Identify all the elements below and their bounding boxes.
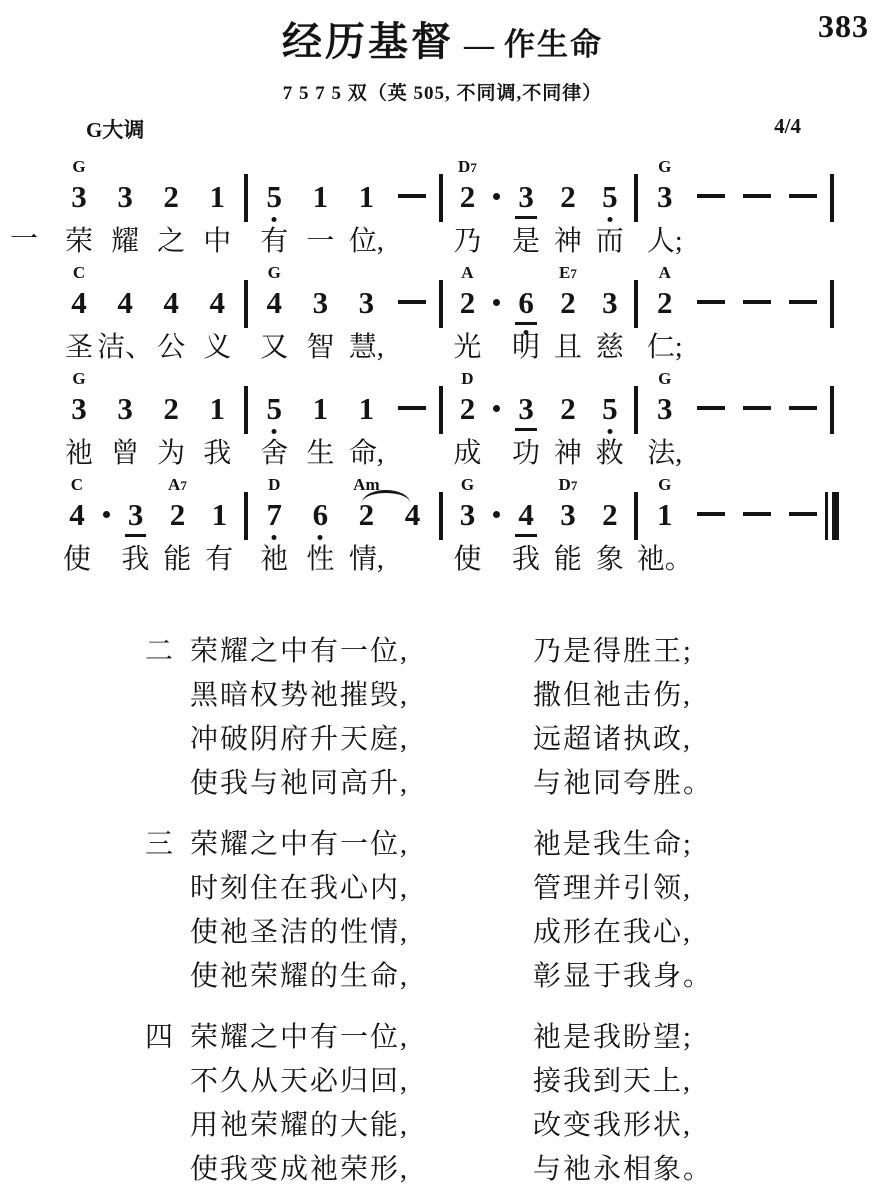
barline xyxy=(240,369,251,472)
hymn-title: 经历基督 — 作生命 xyxy=(0,10,885,67)
note: 2 xyxy=(170,496,186,541)
digit: 5 xyxy=(602,179,618,214)
chord-extension: 7 xyxy=(180,478,187,493)
chord-extension: 7 xyxy=(570,266,577,281)
verse: 三荣耀之中有一位,祂是我生命;时刻住在我心内,管理并引领,使祂圣洁的性情,成形在… xyxy=(145,823,885,999)
chord-root: A xyxy=(168,475,180,494)
duration-dash xyxy=(697,512,725,516)
digit: 2 xyxy=(560,391,576,426)
chord-root: G xyxy=(72,369,85,388)
music-system: C4圣4洁、4公4义G4又3智3慧,A2光6明E72且3慈A2仁; xyxy=(56,263,837,366)
lyric: 象 xyxy=(596,541,624,578)
note-digit: 5 xyxy=(602,178,618,216)
music-system: G3祂3曾2为1我5舍1生1命,D2成3功2神5救G3法, xyxy=(56,369,837,472)
bar-line xyxy=(830,174,834,222)
verse-text-right: 撒但祂击伤, xyxy=(533,674,692,718)
measure: C4使3我A72能1有 xyxy=(56,475,240,578)
note: 2 xyxy=(560,390,576,435)
lyric: 仁; xyxy=(647,329,683,366)
note: 3 xyxy=(602,284,618,329)
augmentation-dot-cell xyxy=(488,475,505,578)
lyric: 中 xyxy=(203,223,231,260)
note-digit: 1 xyxy=(657,496,673,534)
note xyxy=(493,496,500,541)
note-cell: 5救 xyxy=(589,369,631,472)
duration-dash xyxy=(743,194,771,198)
barline xyxy=(826,263,837,366)
chord-root: E xyxy=(559,263,570,282)
duration-dash-cell xyxy=(734,263,780,366)
digit: 3 xyxy=(359,285,375,320)
note-cell: G4又 xyxy=(251,263,297,366)
duration-dash-cell xyxy=(688,263,734,366)
verse-line: 二荣耀之中有一位,乃是得胜王; xyxy=(145,630,885,674)
note xyxy=(789,284,817,329)
lyric: 荣 xyxy=(65,223,93,260)
verse-text-right: 改变我形状, xyxy=(533,1104,692,1148)
note: 1 xyxy=(359,178,375,223)
note-cell: 2之 xyxy=(148,157,194,260)
note: 1 xyxy=(657,496,673,541)
chord-label: C xyxy=(71,475,83,496)
lyric: 救 xyxy=(596,435,624,472)
duration-dash xyxy=(789,406,817,410)
lyric: 义 xyxy=(203,329,231,366)
chord-root: D xyxy=(268,475,280,494)
duration-dash xyxy=(697,406,725,410)
note xyxy=(493,390,500,435)
verse-number xyxy=(145,1060,190,1104)
note-cell: 4义 xyxy=(194,263,240,366)
chord-extension: 7 xyxy=(470,160,477,175)
barline xyxy=(436,263,447,366)
note-digit: 3 xyxy=(117,178,133,216)
low-octave-dot xyxy=(272,429,277,434)
time-signature: 4/4 xyxy=(774,114,801,144)
note: 4 xyxy=(69,496,85,541)
verse-line: 用祂荣耀的大能,改变我形状, xyxy=(145,1104,885,1148)
low-octave-dot xyxy=(318,535,323,540)
note-cell: 2神 xyxy=(547,369,589,472)
chord-label: G xyxy=(658,157,671,178)
lyric: 我 xyxy=(512,541,540,578)
duration-dash-cell xyxy=(780,263,826,366)
verse: 四荣耀之中有一位,祂是我盼望;不久从天必归回,接我到天上,用祂荣耀的大能,改变我… xyxy=(145,1016,885,1192)
note: 5 xyxy=(602,178,618,223)
note: 1 xyxy=(209,390,225,435)
note-cell: 5有 xyxy=(251,157,297,260)
note-digit: 7 xyxy=(267,496,283,534)
measure: G4又3智3慧, xyxy=(251,263,435,366)
augmentation-dot-cell xyxy=(488,369,505,472)
barline xyxy=(436,157,447,260)
measure: G3人; xyxy=(642,157,826,260)
digit: 4 xyxy=(69,497,85,532)
note-cell: G3使 xyxy=(447,475,489,578)
duration-dash-cell xyxy=(734,475,780,578)
note-digit: 3 xyxy=(657,178,673,216)
chord-root: D xyxy=(458,157,470,176)
music-system: C4使3我A72能1有D7祂6性Am2情,4G3使4我D73能2象G1祂。 xyxy=(56,475,837,578)
note: 2 xyxy=(657,284,673,329)
note: 6 xyxy=(515,284,537,329)
lyric: 神 xyxy=(554,223,582,260)
verses: 二荣耀之中有一位,乃是得胜王;黑暗权势祂摧毁,撒但祂击伤,冲破阴府升天庭,远超诸… xyxy=(145,630,885,1192)
header: 383 经历基督 — 作生命 7 5 7 5 双（英 505, 不同调,不同律）… xyxy=(0,0,885,144)
chord-label: C xyxy=(73,263,85,284)
verse-number xyxy=(145,1104,190,1148)
verse-text-left: 荣耀之中有一位, xyxy=(190,823,533,867)
verse-line: 黑暗权势祂摧毁,撒但祂击伤, xyxy=(145,674,885,718)
verse-text-left: 荣耀之中有一位, xyxy=(190,1016,533,1060)
chord-root: G xyxy=(658,369,671,388)
digit: 2 xyxy=(560,179,576,214)
measure: A2光6明E72且3慈 xyxy=(447,263,631,366)
barline xyxy=(240,157,251,260)
lyric: 公 xyxy=(157,329,185,366)
chord-root: C xyxy=(71,475,83,494)
digit: 3 xyxy=(515,178,537,219)
note xyxy=(697,496,725,541)
augmentation-dot-cell xyxy=(98,475,115,578)
augmentation-dot xyxy=(493,511,500,518)
lyric: 耀 xyxy=(111,223,139,260)
note-digit: 3 xyxy=(313,284,329,322)
lyric: 圣 xyxy=(65,329,93,366)
digit: 4 xyxy=(267,285,283,320)
measure: G3祂3曾2为1我 xyxy=(56,369,240,472)
note: 3 xyxy=(71,390,87,435)
bar-line xyxy=(634,174,638,222)
lyric: 之 xyxy=(157,223,185,260)
digit: 2 xyxy=(602,497,618,532)
note: 3 xyxy=(560,496,576,541)
digit: 6 xyxy=(515,284,537,325)
barline xyxy=(826,157,837,260)
note-digit: 2 xyxy=(460,178,476,216)
note: 1 xyxy=(313,178,329,223)
chord-root: G xyxy=(268,263,281,282)
measure: 5舍1生1命, xyxy=(251,369,435,472)
verse-text-left: 时刻住在我心内, xyxy=(190,867,533,911)
measure: G3荣3耀2之1中 xyxy=(56,157,240,260)
lyric: 生 xyxy=(306,435,334,472)
note-digit: 4 xyxy=(515,496,537,537)
note xyxy=(103,496,110,541)
chord-label: E7 xyxy=(559,263,577,284)
bar-line xyxy=(439,386,443,434)
note xyxy=(789,178,817,223)
note: 3 xyxy=(359,284,375,329)
chord-root: A xyxy=(461,263,473,282)
lyric: 人; xyxy=(647,223,683,260)
note-cell: A2光 xyxy=(447,263,489,366)
note-digit: 3 xyxy=(515,178,537,219)
final-bar-pair xyxy=(825,492,839,540)
note-cell: G3荣 xyxy=(56,157,102,260)
note-digit: 6 xyxy=(515,284,537,325)
digit: 3 xyxy=(125,496,147,537)
verse-text-right: 接我到天上, xyxy=(533,1060,692,1104)
note-cell: C4圣 xyxy=(56,263,102,366)
final-barline xyxy=(826,475,837,578)
note: 5 xyxy=(267,178,283,223)
digit: 3 xyxy=(117,179,133,214)
note-cell: 3智 xyxy=(297,263,343,366)
duration-dash-cell xyxy=(780,475,826,578)
verse-number: 一 xyxy=(10,221,38,259)
lyric: 祂 xyxy=(65,435,93,472)
note-cell: 3曾 xyxy=(102,369,148,472)
duration-dash xyxy=(398,194,426,198)
digit: 1 xyxy=(209,179,225,214)
lyric: 神 xyxy=(554,435,582,472)
lyric: 我 xyxy=(122,541,150,578)
note: 4 xyxy=(163,284,179,329)
duration-dash-cell xyxy=(688,475,734,578)
duration-dash xyxy=(743,406,771,410)
note-digit: 3 xyxy=(71,390,87,428)
verse-text-right: 成形在我心, xyxy=(533,911,692,955)
note xyxy=(398,390,426,435)
note xyxy=(697,390,725,435)
note: 1 xyxy=(359,390,375,435)
note-cell: 3耀 xyxy=(102,157,148,260)
note-digit: 1 xyxy=(209,390,225,428)
note-cell: 6性 xyxy=(297,475,343,578)
note xyxy=(697,284,725,329)
chord-root: C xyxy=(73,263,85,282)
note xyxy=(398,284,426,329)
digit: 1 xyxy=(212,497,228,532)
lyric: 又 xyxy=(260,329,288,366)
note: 3 xyxy=(460,496,476,541)
staff-row: C4使3我A72能1有D7祂6性Am2情,4G3使4我D73能2象G1祂。 xyxy=(56,475,837,578)
bar-line xyxy=(439,280,443,328)
note-digit: 1 xyxy=(313,178,329,216)
note: 6 xyxy=(313,496,329,541)
lyric: 祂 xyxy=(260,541,288,578)
verse-number xyxy=(145,762,190,806)
bar-line xyxy=(634,280,638,328)
note-cell: 5舍 xyxy=(251,369,297,472)
barline xyxy=(240,475,251,578)
verse-line: 三荣耀之中有一位,祂是我生命; xyxy=(145,823,885,867)
title-dash: — xyxy=(464,29,494,63)
digit: 3 xyxy=(657,391,673,426)
note-digit: 1 xyxy=(209,178,225,216)
note xyxy=(697,178,725,223)
note-cell: D72乃 xyxy=(447,157,489,260)
key-time-row: G大调 4/4 xyxy=(0,114,885,144)
note-cell: 1中 xyxy=(194,157,240,260)
note: 3 xyxy=(515,390,537,435)
note-cell: 4公 xyxy=(148,263,194,366)
note-cell: 1生 xyxy=(297,369,343,472)
note: 4 xyxy=(209,284,225,329)
title-subtitle: 作生命 xyxy=(504,19,603,64)
note-digit: 4 xyxy=(163,284,179,322)
note xyxy=(493,178,500,223)
title-main: 经历基督 xyxy=(282,10,454,67)
verse-number xyxy=(145,911,190,955)
verse-text-left: 使祂荣耀的生命, xyxy=(190,955,533,999)
note-cell: 1位, xyxy=(343,157,389,260)
note-cell: 2象 xyxy=(589,475,631,578)
note-digit: 2 xyxy=(657,284,673,322)
low-octave-dot xyxy=(272,217,277,222)
digit: 1 xyxy=(209,391,225,426)
lyric: 情, xyxy=(349,541,384,578)
lyric: 且 xyxy=(554,329,582,366)
digit: 1 xyxy=(313,391,329,426)
note-digit: 6 xyxy=(313,496,329,534)
chord-label: D xyxy=(268,475,280,496)
note: 7 xyxy=(267,496,283,541)
digit: 5 xyxy=(267,179,283,214)
bar-line xyxy=(634,386,638,434)
lyric: 祂。 xyxy=(637,541,693,578)
verse-text-left: 用祂荣耀的大能, xyxy=(190,1104,533,1148)
note-cell: 1有 xyxy=(198,475,240,578)
digit: 4 xyxy=(209,285,225,320)
note-cell: 1一 xyxy=(297,157,343,260)
lyric: 法, xyxy=(647,435,682,472)
note: 5 xyxy=(602,390,618,435)
note-digit: 2 xyxy=(163,390,179,428)
note: 3 xyxy=(125,496,147,541)
lyric: 能 xyxy=(163,541,191,578)
barline xyxy=(436,475,447,578)
digit: 3 xyxy=(71,391,87,426)
chord-label: D7 xyxy=(559,475,578,496)
chord-label: G xyxy=(658,475,671,496)
verse-text-right: 远超诸执政, xyxy=(533,718,692,762)
lyric: 有 xyxy=(205,541,233,578)
note-cell: 6明 xyxy=(505,263,547,366)
verse-number: 四 xyxy=(145,1016,190,1060)
note xyxy=(789,390,817,435)
digit: 1 xyxy=(313,179,329,214)
duration-dash xyxy=(789,512,817,516)
verse-line: 使我与祂同高升,与祂同夸胜。 xyxy=(145,762,885,806)
note-cell: 3我 xyxy=(115,475,157,578)
verse-number: 二 xyxy=(145,630,190,674)
measure: G3法, xyxy=(642,369,826,472)
note: 2 xyxy=(460,178,476,223)
music-system: 一G3荣3耀2之1中5有1一1位,D72乃3是2神5而G3人; xyxy=(56,157,837,260)
meter-info: 7 5 7 5 双（英 505, 不同调,不同律） xyxy=(0,78,885,105)
digit: 4 xyxy=(71,285,87,320)
chord-root: G xyxy=(72,157,85,176)
lyric: 成 xyxy=(453,435,481,472)
chord-root: A xyxy=(659,263,671,282)
note-cell: 2神 xyxy=(547,157,589,260)
bar-line xyxy=(244,280,248,328)
lyric: 慈 xyxy=(596,329,624,366)
digit: 2 xyxy=(170,497,186,532)
note: 4 xyxy=(267,284,283,329)
note-cell: D7祂 xyxy=(251,475,297,578)
lyric: 性 xyxy=(306,541,334,578)
verse-text-right: 祂是我生命; xyxy=(533,823,693,867)
note-digit: 2 xyxy=(460,284,476,322)
bar-line xyxy=(244,492,248,540)
verse-text-left: 荣耀之中有一位, xyxy=(190,630,533,674)
lyric: 光 xyxy=(453,329,481,366)
verse: 二荣耀之中有一位,乃是得胜王;黑暗权势祂摧毁,撒但祂击伤,冲破阴府升天庭,远超诸… xyxy=(145,630,885,806)
digit: 7 xyxy=(267,497,283,532)
digit: 3 xyxy=(117,391,133,426)
note-digit: 4 xyxy=(71,284,87,322)
lyric: 一 xyxy=(306,223,334,260)
lyric: 舍 xyxy=(260,435,288,472)
note xyxy=(743,496,771,541)
chord-root: G xyxy=(658,475,671,494)
note-digit: 2 xyxy=(460,390,476,428)
lyric: 我 xyxy=(203,435,231,472)
bar-line xyxy=(634,492,638,540)
note-cell: 1我 xyxy=(194,369,240,472)
augmentation-dot-cell xyxy=(488,157,505,260)
note: 1 xyxy=(209,178,225,223)
digit: 5 xyxy=(602,391,618,426)
duration-dash xyxy=(789,194,817,198)
lyric: 使 xyxy=(453,541,481,578)
note: 3 xyxy=(117,390,133,435)
note-cell: G3祂 xyxy=(56,369,102,472)
lyric: 命, xyxy=(349,435,384,472)
verse-text-left: 不久从天必归回, xyxy=(190,1060,533,1104)
duration-dash-cell xyxy=(389,157,435,260)
note-digit: 3 xyxy=(657,390,673,428)
barline xyxy=(631,263,642,366)
verse-text-right: 管理并引领, xyxy=(533,867,692,911)
chord-root: D xyxy=(559,475,571,494)
measure: G1祂。 xyxy=(642,475,826,578)
lyric: 而 xyxy=(596,223,624,260)
barline xyxy=(826,369,837,472)
chord-root: G xyxy=(658,157,671,176)
note-cell: 5而 xyxy=(589,157,631,260)
note-digit: 3 xyxy=(359,284,375,322)
barline xyxy=(631,369,642,472)
augmentation-dot xyxy=(493,405,500,412)
note-digit: 5 xyxy=(602,390,618,428)
note-cell: 3是 xyxy=(505,157,547,260)
digit: 1 xyxy=(359,179,375,214)
note: 3 xyxy=(313,284,329,329)
note: 4 xyxy=(71,284,87,329)
digit: 4 xyxy=(515,496,537,537)
note xyxy=(493,284,500,329)
duration-dash-cell xyxy=(734,157,780,260)
duration-dash xyxy=(398,300,426,304)
low-octave-dot xyxy=(607,217,612,222)
verse-line: 四荣耀之中有一位,祂是我盼望; xyxy=(145,1016,885,1060)
duration-dash-cell xyxy=(734,369,780,472)
note-digit: 3 xyxy=(560,496,576,534)
note-cell: 3功 xyxy=(505,369,547,472)
lyric: 智 xyxy=(306,329,334,366)
bar-line xyxy=(244,386,248,434)
digit: 2 xyxy=(460,179,476,214)
note-cell: G3人; xyxy=(642,157,688,260)
note-digit: 3 xyxy=(460,496,476,534)
chord-label: G xyxy=(268,263,281,284)
digit: 2 xyxy=(460,391,476,426)
key-signature: G大调 xyxy=(86,114,144,144)
